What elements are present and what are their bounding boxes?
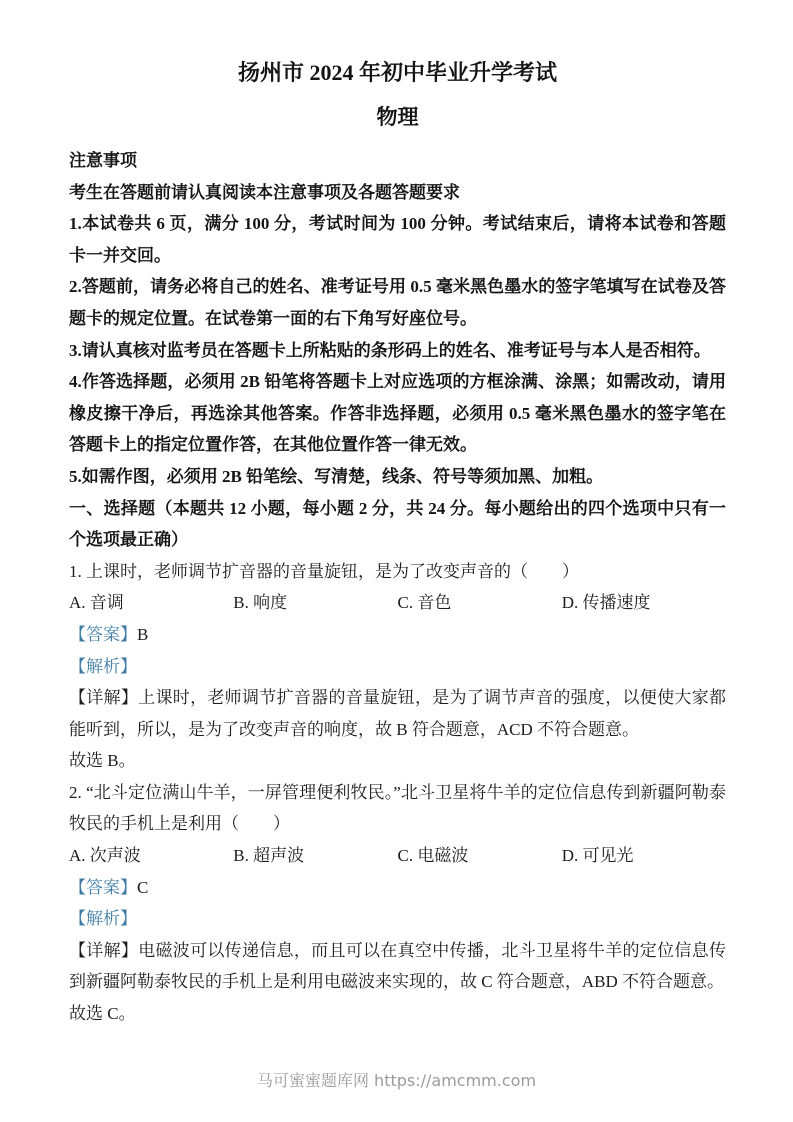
question-2-stem: 2. “北斗定位满山牛羊，一屏管理便利牧民。”北斗卫星将牛羊的定位信息传到新疆阿…: [69, 777, 726, 840]
question-2-analysis-label: 【解析】: [69, 903, 726, 935]
notice-item-1: 1.本试卷共 6 页，满分 100 分，考试时间为 100 分钟。考试结束后，请…: [69, 208, 726, 271]
page-title: 扬州市 2024 年初中毕业升学考试: [69, 58, 726, 88]
question-2-option-b: B. 超声波: [233, 840, 397, 872]
answer-value: C: [137, 878, 148, 897]
question-2-answer-line: 【答案】C: [69, 872, 726, 904]
notice-item-2: 2.答题前，请务必将自己的姓名、准考证号用 0.5 毫米黑色墨水的签字笔填写在试…: [69, 271, 726, 334]
answer-value: B: [137, 625, 148, 644]
section-heading: 一、选择题（本题共 12 小题，每小题 2 分，共 24 分。每小题给出的四个选…: [69, 493, 726, 556]
question-1-option-b: B. 响度: [233, 587, 397, 619]
notice-item-5: 5.如需作图，必须用 2B 铅笔绘、写清楚，线条、符号等须加黑、加粗。: [69, 461, 726, 493]
notice-item-3: 3.请认真核对监考员在答题卡上所粘贴的条形码上的姓名、准考证号与本人是否相符。: [69, 335, 726, 367]
exam-document-page: 扬州市 2024 年初中毕业升学考试 物理 注意事项 考生在答题前请认真阅读本注…: [0, 0, 793, 1122]
question-2-detail: 【详解】电磁波可以传递信息，而且可以在真空中传播，北斗卫星将牛羊的定位信息传到新…: [69, 935, 726, 998]
question-1-options: A. 音调 B. 响度 C. 音色 D. 传播速度: [69, 587, 726, 619]
question-1-option-a: A. 音调: [69, 587, 233, 619]
answer-label: 【答案】: [69, 625, 137, 644]
question-2-options: A. 次声波 B. 超声波 C. 电磁波 D. 可见光: [69, 840, 726, 872]
answer-label: 【答案】: [69, 878, 137, 897]
question-2-option-a: A. 次声波: [69, 840, 233, 872]
question-1-detail: 【详解】上课时，老师调节扩音器的音量旋钮，是为了调节声音的强度，以便使大家都能听…: [69, 682, 726, 745]
question-1-analysis-label: 【解析】: [69, 651, 726, 683]
question-2-conclusion: 故选 C。: [69, 998, 726, 1030]
question-1-option-d: D. 传播速度: [562, 587, 726, 619]
question-2-option-d: D. 可见光: [562, 840, 726, 872]
question-1-stem: 1. 上课时，老师调节扩音器的音量旋钮，是为了改变声音的（ ）: [69, 556, 726, 588]
notice-subheading: 考生在答题前请认真阅读本注意事项及各题答题要求: [69, 177, 726, 209]
notice-item-4: 4.作答选择题，必须用 2B 铅笔将答题卡上对应选项的方框涂满、涂黑；如需改动，…: [69, 366, 726, 461]
question-1-option-c: C. 音色: [398, 587, 562, 619]
notice-heading: 注意事项: [69, 145, 726, 177]
question-1-conclusion: 故选 B。: [69, 745, 726, 777]
page-subject: 物理: [69, 102, 726, 132]
footer-watermark: 马可蜜蜜题库网 https://amcmm.com: [0, 1070, 793, 1092]
question-1-answer-line: 【答案】B: [69, 619, 726, 651]
question-2-option-c: C. 电磁波: [398, 840, 562, 872]
